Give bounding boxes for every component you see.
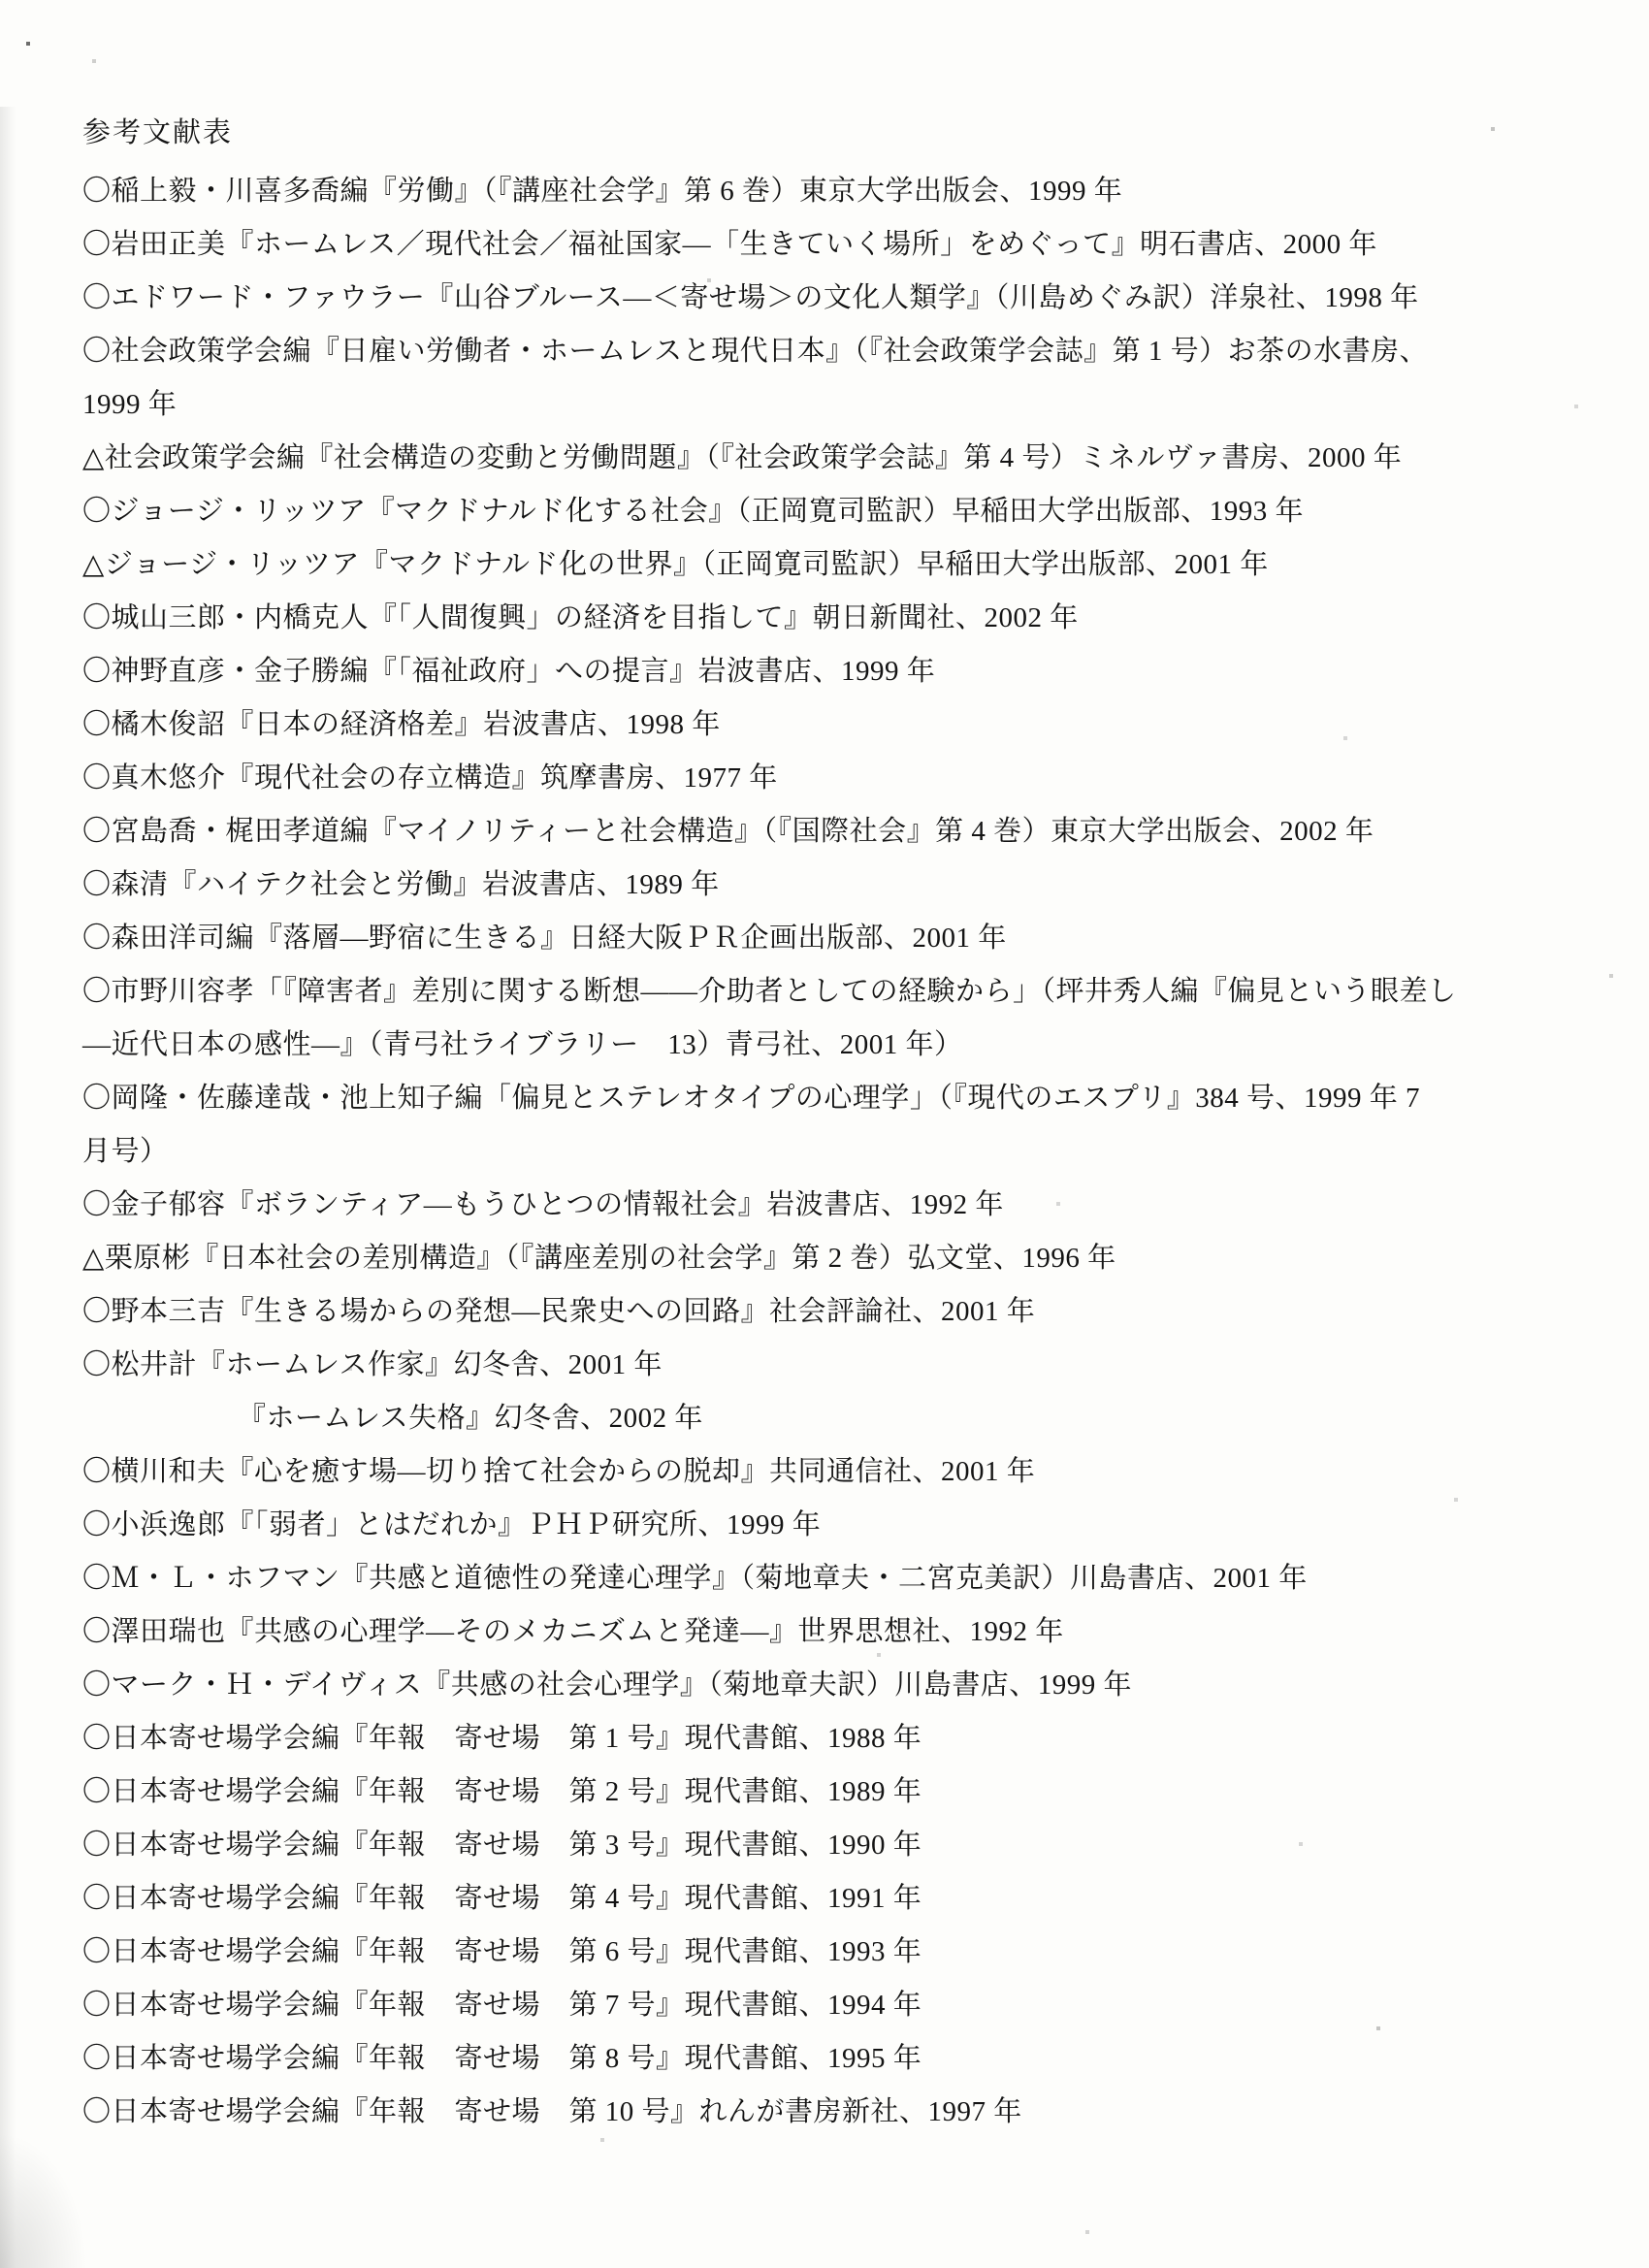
bibliography-entry: 〇市野川容孝「『障害者』差別に関する断想――介助者としての経験から」（坪井秀人編…: [82, 965, 1600, 1019]
bibliography-entry: 〇野本三吉『生きる場からの発想―民衆史への回路』社会評論社、2001 年: [82, 1285, 1600, 1339]
bibliography-entry: 〇松井計『ホームレス作家』幻冬舎、2001 年: [82, 1339, 1600, 1392]
bibliography-entry: 〇日本寄せ場学会編『年報 寄せ場 第 7 号』現代書館、1994 年: [82, 1979, 1600, 2032]
entry-text: 森清『ハイテク社会と労働』岩波書店、1989 年: [112, 869, 720, 900]
bibliography-entry: △栗原彬『日本社会の差別構造』（『講座差別の社会学』第 2 巻）弘文堂、1996…: [82, 1232, 1600, 1285]
entry-text: 宮島喬・梶田孝道編『マイノリティーと社会構造』（『国際社会』第 4 巻）東京大学…: [112, 816, 1374, 847]
entry-text: 真木悠介『現代社会の存立構造』筑摩書房、1977 年: [112, 762, 778, 794]
entry-marker: △: [82, 549, 105, 580]
entry-text: エドワード・ファウラー『山谷ブルース―＜寄せ場＞の文化人類学』（川島めぐみ訳）洋…: [112, 282, 1419, 313]
entry-text: 日本寄せ場学会編『年報 寄せ場 第 6 号』現代書館、1993 年: [112, 1936, 922, 1967]
entry-marker: 〇: [82, 1723, 112, 1754]
entry-marker: 〇: [82, 1189, 112, 1220]
bibliography-entry: 〇日本寄せ場学会編『年報 寄せ場 第 1 号』現代書館、1988 年: [82, 1712, 1600, 1766]
entry-text: 城山三郎・内橋克人『「人間復興」の経済を目指して』朝日新聞社、2002 年: [112, 602, 1079, 633]
bibliography-entry: 〇神野直彦・金子勝編『「福祉政府」への提言』岩波書店、1999 年: [82, 645, 1600, 698]
bibliography-entry: 1999 年: [82, 378, 1600, 432]
entry-text: 日本寄せ場学会編『年報 寄せ場 第 4 号』現代書館、1991 年: [112, 1883, 922, 1914]
entry-marker: 〇: [82, 1083, 112, 1114]
entry-marker: 〇: [82, 1616, 112, 1647]
entry-text: 日本寄せ場学会編『年報 寄せ場 第 1 号』現代書館、1988 年: [112, 1723, 922, 1754]
entry-marker: 〇: [82, 1349, 112, 1380]
entry-text: 栗原彬『日本社会の差別構造』（『講座差別の社会学』第 2 巻）弘文堂、1996 …: [105, 1243, 1116, 1274]
scanned-document-page: 参考文献表 〇稲上毅・川喜多喬編『労働』（『講座社会学』第 6 巻）東京大学出版…: [0, 0, 1649, 2268]
entry-marker: 〇: [82, 1936, 112, 1967]
entry-marker: △: [82, 442, 105, 473]
entry-text: 日本寄せ場学会編『年報 寄せ場 第 10 号』れんが書房新社、1997 年: [112, 2096, 1022, 2127]
entry-text: 市野川容孝「『障害者』差別に関する断想――介助者としての経験から」（坪井秀人編『…: [112, 976, 1457, 1007]
entry-text: 森田洋司編『落層―野宿に生きる』日経大阪ＰＲ企画出版部、2001 年: [112, 923, 1007, 954]
bibliography-entry: 〇城山三郎・内橋克人『「人間復興」の経済を目指して』朝日新聞社、2002 年: [82, 592, 1600, 645]
entry-text: 日本寄せ場学会編『年報 寄せ場 第 3 号』現代書館、1990 年: [112, 1830, 922, 1861]
entry-text: 月号）: [82, 1136, 169, 1167]
entry-marker: 〇: [82, 656, 112, 687]
bibliography-entry: 〇日本寄せ場学会編『年報 寄せ場 第 6 号』現代書館、1993 年: [82, 1926, 1600, 1979]
entry-text: マーク・Ｈ・デイヴィス『共感の社会心理学』（菊地章夫訳）川島書店、1999 年: [112, 1669, 1132, 1701]
bibliography-entry: 〇ジョージ・リッツア『マクドナルド化する社会』（正岡寛司監訳）早稲田大学出版部、…: [82, 485, 1600, 538]
entry-text: 橘木俊詔『日本の経済格差』岩波書店、1998 年: [112, 709, 721, 740]
bibliography-entry: 〇森清『ハイテク社会と労働』岩波書店、1989 年: [82, 859, 1600, 912]
bibliography-entry: △ジョージ・リッツア『マクドナルド化の世界』（正岡寛司監訳）早稲田大学出版部、2…: [82, 538, 1600, 592]
entry-marker: 〇: [82, 762, 112, 794]
entry-marker: 〇: [82, 976, 112, 1007]
entry-marker: 〇: [82, 1296, 112, 1327]
entry-text: 野本三吉『生きる場からの発想―民衆史への回路』社会評論社、2001 年: [112, 1296, 1036, 1327]
entry-text: 澤田瑞也『共感の心理学―そのメカニズムと発達―』世界思想社、1992 年: [112, 1616, 1064, 1647]
entry-text: Ｍ・Ｌ・ホフマン『共感と道徳性の発達心理学』（菊地章夫・二宮克美訳）川島書店、2…: [112, 1563, 1308, 1594]
bibliography-list: 〇稲上毅・川喜多喬編『労働』（『講座社会学』第 6 巻）東京大学出版会、1999…: [82, 165, 1600, 2139]
entry-marker: 〇: [82, 923, 112, 954]
bibliography-entry: 〇日本寄せ場学会編『年報 寄せ場 第 2 号』現代書館、1989 年: [82, 1766, 1600, 1819]
entry-marker: 〇: [82, 1990, 112, 2021]
bibliography-entry: 〇澤田瑞也『共感の心理学―そのメカニズムと発達―』世界思想社、1992 年: [82, 1605, 1600, 1659]
entry-marker: 〇: [82, 176, 112, 207]
entry-marker: 〇: [82, 1509, 112, 1540]
entry-text: ジョージ・リッツア『マクドナルド化する社会』（正岡寛司監訳）早稲田大学出版部、1…: [112, 496, 1304, 527]
bibliography-entry: 〇日本寄せ場学会編『年報 寄せ場 第 8 号』現代書館、1995 年: [82, 2032, 1600, 2086]
entry-marker: 〇: [82, 602, 112, 633]
entry-text: 神野直彦・金子勝編『「福祉政府」への提言』岩波書店、1999 年: [112, 656, 936, 687]
entry-marker: 〇: [82, 1456, 112, 1487]
bibliography-entry: 『ホームレス失格』幻冬舎、2002 年: [82, 1392, 1600, 1445]
entry-marker: 〇: [82, 1563, 112, 1594]
entry-text: 日本寄せ場学会編『年報 寄せ場 第 7 号』現代書館、1994 年: [112, 1990, 922, 2021]
entry-marker: 〇: [82, 282, 112, 313]
bibliography-entry: 〇岡隆・佐藤達哉・池上知子編「偏見とステレオタイプの心理学」（『現代のエスプリ』…: [82, 1072, 1600, 1125]
bibliography-entry: △社会政策学会編『社会構造の変動と労働問題』（『社会政策学会誌』第 4 号）ミネ…: [82, 432, 1600, 485]
page-title: 参考文献表: [82, 109, 1600, 157]
bibliography-entry: 〇稲上毅・川喜多喬編『労働』（『講座社会学』第 6 巻）東京大学出版会、1999…: [82, 165, 1600, 218]
entry-marker: 〇: [82, 2096, 112, 2127]
bibliography-entry: 〇森田洋司編『落層―野宿に生きる』日経大阪ＰＲ企画出版部、2001 年: [82, 912, 1600, 965]
bibliography-entry: 〇日本寄せ場学会編『年報 寄せ場 第 3 号』現代書館、1990 年: [82, 1819, 1600, 1872]
entry-marker: 〇: [82, 869, 112, 900]
entry-marker: 〇: [82, 1830, 112, 1861]
entry-marker: 〇: [82, 816, 112, 847]
bibliography-entry: 〇日本寄せ場学会編『年報 寄せ場 第 4 号』現代書館、1991 年: [82, 1872, 1600, 1926]
bibliography-entry: ―近代日本の感性―』（青弓社ライブラリー 13）青弓社、2001 年）: [82, 1019, 1600, 1072]
entry-marker: 〇: [82, 336, 112, 367]
bibliography-entry: 〇マーク・Ｈ・デイヴィス『共感の社会心理学』（菊地章夫訳）川島書店、1999 年: [82, 1659, 1600, 1712]
entry-text: 『ホームレス失格』幻冬舎、2002 年: [238, 1403, 703, 1434]
bibliography-entry: 〇Ｍ・Ｌ・ホフマン『共感と道徳性の発達心理学』（菊地章夫・二宮克美訳）川島書店、…: [82, 1552, 1600, 1605]
entry-text: 横川和夫『心を癒す場―切り捨て社会からの脱却』共同通信社、2001 年: [112, 1456, 1036, 1487]
bibliography-entry: 〇橘木俊詔『日本の経済格差』岩波書店、1998 年: [82, 698, 1600, 752]
entry-marker: 〇: [82, 1776, 112, 1807]
bibliography-entry: 〇宮島喬・梶田孝道編『マイノリティーと社会構造』（『国際社会』第 4 巻）東京大…: [82, 805, 1600, 859]
bibliography-entry: 〇真木悠介『現代社会の存立構造』筑摩書房、1977 年: [82, 752, 1600, 805]
entry-marker: 〇: [82, 1669, 112, 1701]
entry-marker: △: [82, 1243, 105, 1274]
entry-text: 日本寄せ場学会編『年報 寄せ場 第 8 号』現代書館、1995 年: [112, 2043, 922, 2074]
entry-text: 社会政策学会編『社会構造の変動と労働問題』（『社会政策学会誌』第 4 号）ミネル…: [105, 442, 1402, 473]
entry-marker: 〇: [82, 2043, 112, 2074]
entry-text: 小浜逸郎『「弱者」とはだれか』ＰＨＰ研究所、1999 年: [112, 1509, 822, 1540]
bibliography-entry: 月号）: [82, 1125, 1600, 1179]
bibliography-entry: 〇エドワード・ファウラー『山谷ブルース―＜寄せ場＞の文化人類学』（川島めぐみ訳）…: [82, 272, 1600, 325]
entry-text: 松井計『ホームレス作家』幻冬舎、2001 年: [112, 1349, 663, 1380]
entry-text: 社会政策学会編『日雇い労働者・ホームレスと現代日本』（『社会政策学会誌』第 1 …: [112, 336, 1429, 367]
entry-text: 岡隆・佐藤達哉・池上知子編「偏見とステレオタイプの心理学」（『現代のエスプリ』3…: [112, 1083, 1420, 1114]
entry-text: 岩田正美『ホームレス／現代社会／福祉国家―「生きていく場所」をめぐって』明石書店…: [112, 229, 1377, 260]
bibliography-entry: 〇小浜逸郎『「弱者」とはだれか』ＰＨＰ研究所、1999 年: [82, 1499, 1600, 1552]
entry-text: 稲上毅・川喜多喬編『労働』（『講座社会学』第 6 巻）東京大学出版会、1999 …: [112, 176, 1123, 207]
entry-text: ―近代日本の感性―』（青弓社ライブラリー 13）青弓社、2001 年）: [82, 1029, 963, 1060]
bibliography-entry: 〇金子郁容『ボランティア―もうひとつの情報社会』岩波書店、1992 年: [82, 1179, 1600, 1232]
entry-text: 日本寄せ場学会編『年報 寄せ場 第 2 号』現代書館、1989 年: [112, 1776, 922, 1807]
entry-marker: 〇: [82, 1883, 112, 1914]
entry-marker: 〇: [82, 709, 112, 740]
entry-marker: 〇: [82, 229, 112, 260]
entry-text: 金子郁容『ボランティア―もうひとつの情報社会』岩波書店、1992 年: [112, 1189, 1004, 1220]
bibliography-entry: 〇横川和夫『心を癒す場―切り捨て社会からの脱却』共同通信社、2001 年: [82, 1445, 1600, 1499]
entry-marker: 〇: [82, 496, 112, 527]
entry-text: ジョージ・リッツア『マクドナルド化の世界』（正岡寛司監訳）早稲田大学出版部、20…: [105, 549, 1269, 580]
bibliography-entry: 〇社会政策学会編『日雇い労働者・ホームレスと現代日本』（『社会政策学会誌』第 1…: [82, 325, 1600, 378]
entry-text: 1999 年: [82, 389, 177, 420]
bibliography-entry: 〇岩田正美『ホームレス／現代社会／福祉国家―「生きていく場所」をめぐって』明石書…: [82, 218, 1600, 272]
bibliography-entry: 〇日本寄せ場学会編『年報 寄せ場 第 10 号』れんが書房新社、1997 年: [82, 2086, 1600, 2139]
